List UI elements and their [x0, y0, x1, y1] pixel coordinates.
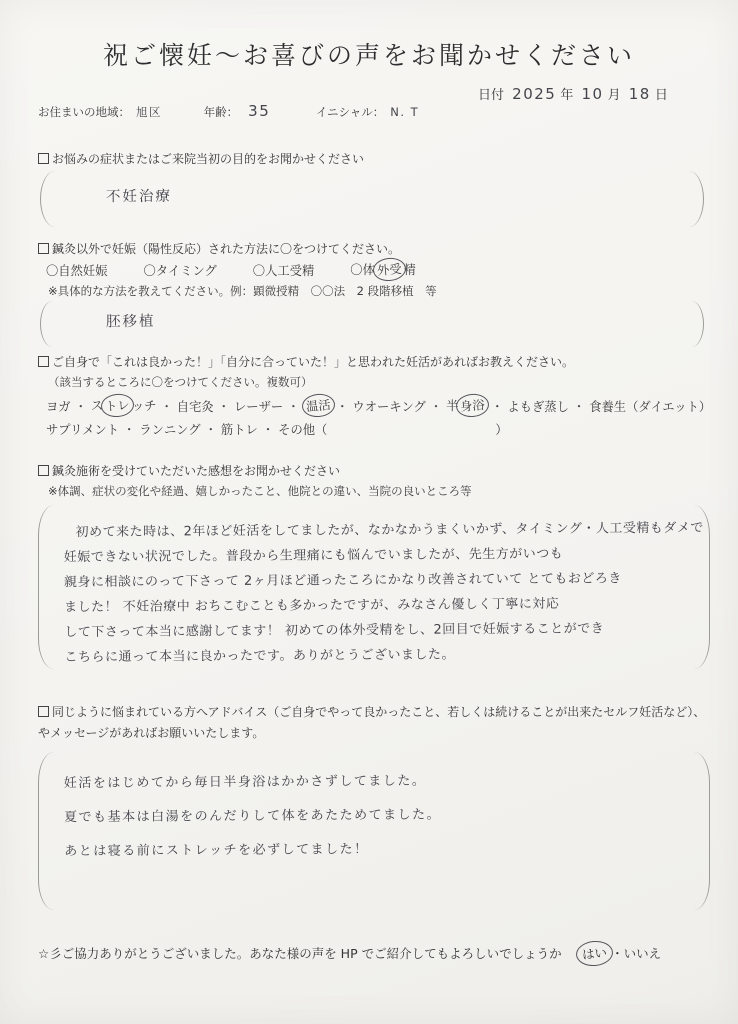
q2-answer-box: 胚移植	[40, 301, 704, 347]
close-paren-text: ）	[495, 420, 507, 438]
checkbox-icon	[38, 153, 49, 164]
open-paren-mark	[40, 171, 56, 227]
checkbox-icon	[38, 706, 49, 717]
q5-label-line2: やメッセージがあればお願いいたします。	[38, 724, 264, 741]
option-separator: ・	[491, 397, 503, 415]
option-item: 〇人工受精	[253, 261, 315, 279]
option-item: 自宅灸	[177, 397, 214, 415]
profile-line: お住まいの地域：旭区 年齢：35 イニシャル：N. T	[38, 102, 419, 120]
handwritten-line: 親身に相談にのって下さって 2ヶ月ほど通ったころにかなり改善されていて とてもお…	[64, 566, 686, 595]
option-item: サプリメント	[46, 420, 119, 438]
questionnaire-page: 祝ご懐妊～お喜びの声をお聞かせください 日付 2025年 10月 18日 お住ま…	[0, 0, 738, 1024]
q2-options-row: 〇自然妊娠〇タイミング〇人工受精〇体外受精	[46, 260, 416, 279]
q3-options-row-1: ヨガ・ストレッチ・自宅灸・レーザー・温活・ウオーキング・半身浴・よもぎ蒸し・食養…	[46, 396, 711, 415]
q1-label: お悩みの症状またはご来院当初の目的をお聞かせください	[38, 150, 364, 167]
option-item: ランニング	[139, 420, 200, 438]
option-item: 温活	[304, 396, 333, 415]
option-item: 〇体外受精	[350, 260, 416, 279]
option-separator: ・	[205, 420, 217, 438]
footer-consent-line: ☆彡ご協力ありがとうございました。あなた様の声を HP でご紹介してもよろしいで…	[38, 943, 661, 964]
q2-handwritten-answer: 胚移植	[106, 310, 156, 331]
option-item: ヨガ	[46, 397, 71, 415]
handwritten-circle-mark: 温活	[301, 393, 335, 419]
handwritten-line: 妊活をはじめてから毎日半身浴はかかさずしてました。	[64, 763, 686, 801]
handwritten-line: こちらに通って本当に良かったです。ありがとうございました。	[64, 641, 686, 670]
q2-label: 鍼灸以外で妊娠（陽性反応）された方法に〇をつけてください。	[38, 240, 400, 257]
q4-handwritten-lines: 初めて来た時は、2年ほど妊活をしてましたが、なかなかうまくいかず、タイミング・人…	[37, 503, 710, 671]
handwritten-line: して下さって本当に感謝してます！ 初めての体外受精をし、2回目で妊娠することがで…	[64, 616, 686, 645]
checkbox-icon	[38, 356, 49, 367]
option-item: 筋トレ	[221, 420, 258, 438]
consent-no: いいえ	[624, 946, 662, 961]
option-item: 食養生（ダイエット）	[589, 397, 711, 415]
option-separator: ・	[123, 420, 135, 438]
q2-note: ※具体的な方法を教えてください。例：顕微授精 〇〇法 2 段階移植 等	[48, 283, 437, 299]
option-separator: ・	[573, 397, 585, 415]
date-year-suffix: 年	[560, 88, 573, 103]
option-separator: ・	[75, 397, 87, 415]
q3-options-row-2: サプリメント・ランニング・筋トレ・その他（）	[46, 420, 508, 438]
q5-handwritten-lines: 妊活をはじめてから毎日半身浴はかかさずしてました。夏でも基本は白湯をのんだりして…	[38, 750, 711, 870]
close-paren-mark	[688, 301, 704, 347]
option-item: レーザー	[234, 397, 283, 415]
option-item: よもぎ蒸し	[507, 397, 569, 415]
q4-label: 鍼灸施術を受けていただいた感想をお聞かせください	[38, 462, 340, 479]
checkbox-icon	[38, 465, 49, 476]
footer-text: ☆彡ご協力ありがとうございました。あなた様の声を HP でご紹介してもよろしいで…	[38, 946, 574, 961]
q1-answer-box: 不妊治療	[40, 171, 704, 227]
date-line: 日付 2025年 10月 18日	[478, 84, 668, 103]
option-item: 〇自然妊娠	[46, 261, 108, 279]
handwritten-line: 夏でも基本は白湯をのんだりして体をあたためてました。	[64, 797, 686, 835]
q3-sublabel: （該当するところに〇をつけてください。複数可）	[48, 374, 313, 390]
region-label: お住まいの地域：	[38, 105, 130, 119]
consent-yes: はい	[581, 945, 607, 962]
option-item: ウオーキング	[352, 397, 425, 415]
initial-value: N. T	[390, 105, 419, 119]
date-day-suffix: 日	[655, 88, 668, 103]
option-item: その他（	[278, 420, 327, 438]
option-item: ストレッチ	[91, 396, 157, 415]
region-value: 旭区	[136, 105, 162, 119]
page-title: 祝ご懐妊～お喜びの声をお聞かせください	[0, 36, 738, 72]
q5-answer-block: 妊活をはじめてから毎日半身浴はかかさずしてました。夏でも基本は白湯をのんだりして…	[38, 752, 710, 910]
option-separator: ・	[430, 397, 442, 415]
date-month-value: 10	[578, 85, 608, 103]
date-year-value: 2025	[508, 85, 560, 103]
handwritten-circle-mark: 身浴	[456, 393, 490, 419]
handwritten-circle-mark: トレ	[100, 393, 134, 419]
option-item: 〇タイミング	[144, 261, 217, 279]
open-paren-mark	[40, 301, 56, 347]
option-separator: ・	[262, 420, 274, 438]
q3-label: ご自身で「これは良かった！」「自分に合っていた！」と思われた妊活があればお教えく…	[38, 353, 574, 370]
date-month-suffix: 月	[608, 88, 621, 103]
handwritten-line: あとは寝る前にストレッチを必ずしてました！	[64, 831, 686, 869]
option-item: 半身浴	[446, 396, 487, 415]
handwritten-circle-mark: 外受	[372, 257, 406, 283]
age-value: 35	[244, 102, 274, 120]
q4-answer-block: 初めて来た時は、2年ほど妊活をしてましたが、なかなかうまくいかず、タイミング・人…	[38, 505, 710, 669]
checkbox-icon	[38, 243, 49, 254]
q1-handwritten-answer: 不妊治療	[106, 185, 172, 207]
handwritten-circle-mark: はい	[575, 939, 614, 967]
q5-label-line1: 同じように悩まれている方へアドバイス（ご自身でやって良かったこと、若しくは続ける…	[38, 703, 705, 720]
option-separator: ・	[218, 397, 230, 415]
handwritten-line: 初めて来た時は、2年ほど妊活をしてましたが、なかなかうまくいかず、タイミング・人…	[64, 516, 686, 545]
close-paren-mark	[688, 171, 704, 227]
date-label: 日付	[478, 88, 504, 103]
age-label: 年齢：	[204, 105, 239, 119]
date-day-value: 18	[625, 85, 655, 103]
q4-note: ※体調、症状の変化や経過、嬉しかったこと、他院との違い、当院の良いところ等	[48, 483, 472, 499]
option-separator: ・	[160, 397, 172, 415]
option-separator: ・	[287, 397, 299, 415]
option-separator: ・	[336, 397, 348, 415]
initial-label: イニシャル：	[316, 105, 384, 119]
